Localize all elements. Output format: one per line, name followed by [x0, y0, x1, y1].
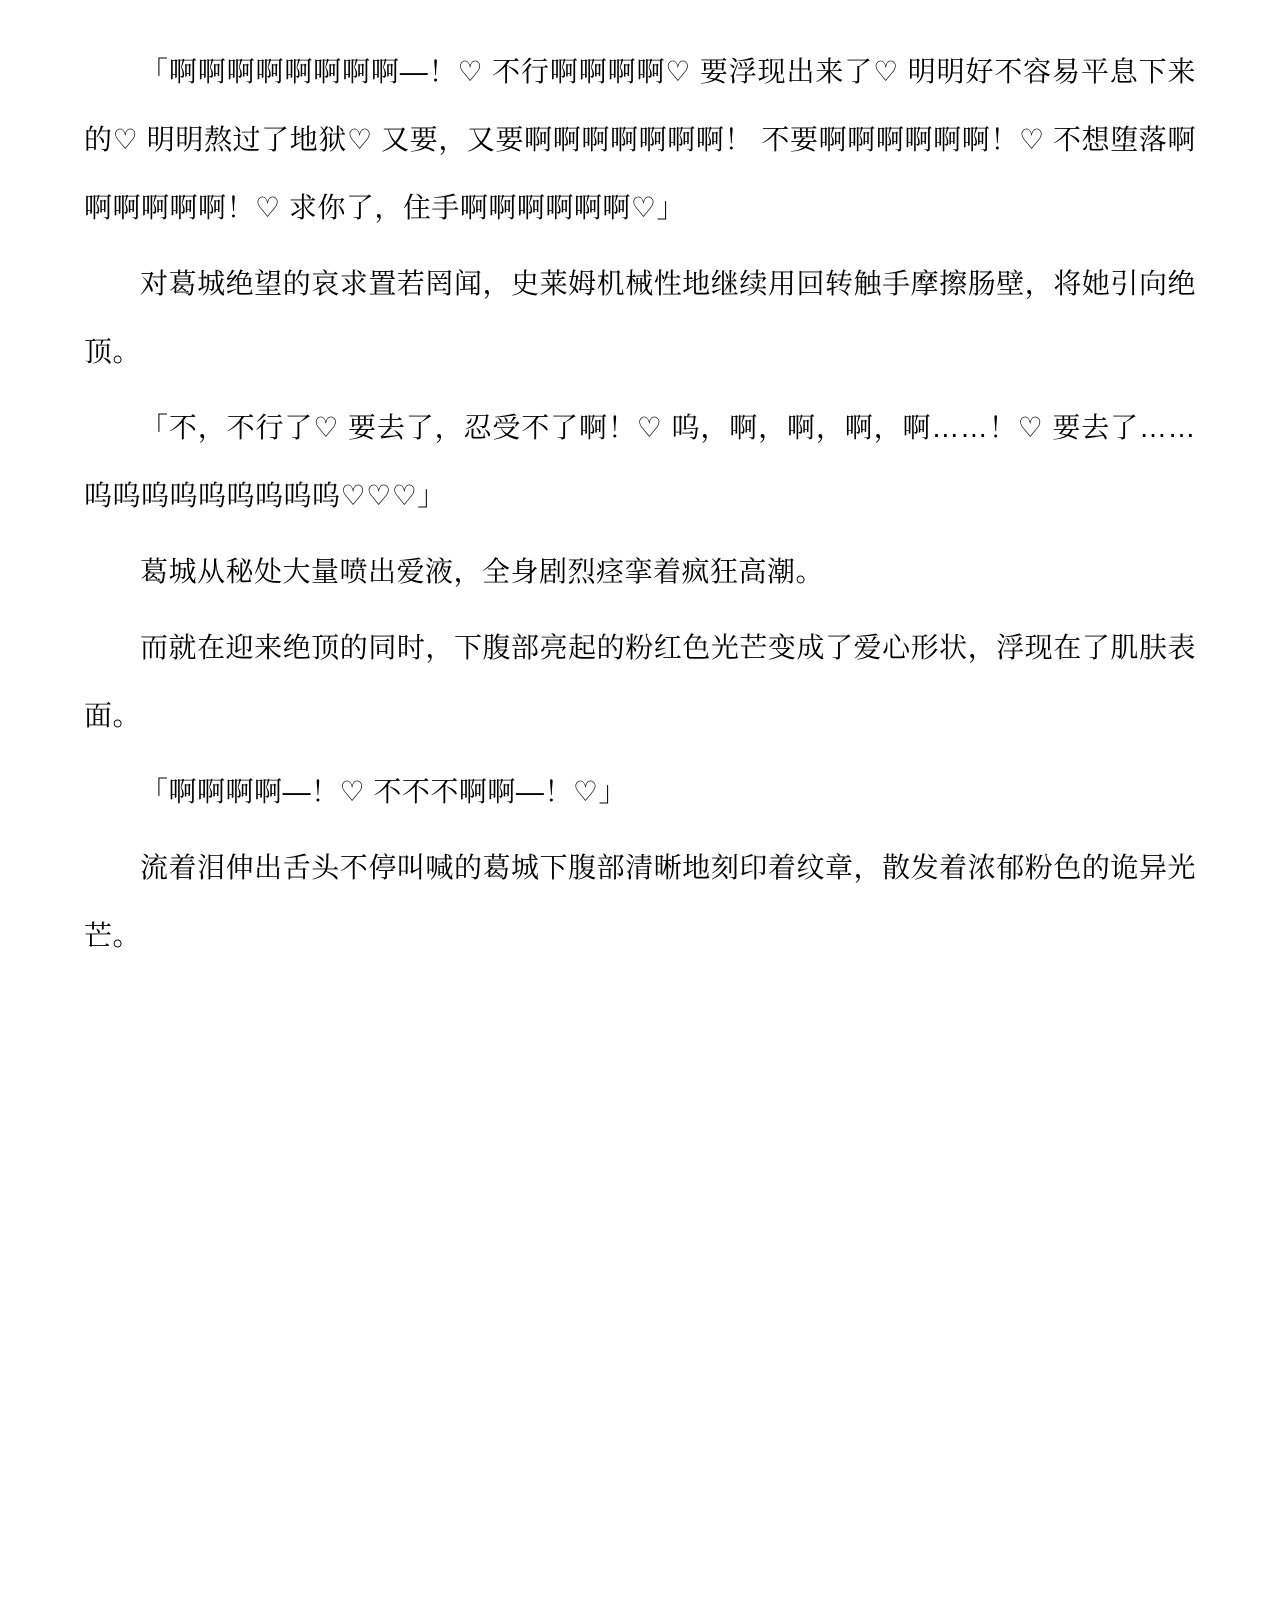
paragraph-narration-3: 而就在迎来绝顶的同时，下腹部亮起的粉红色光芒变成了爱心形状，浮现在了肌肤表面。 — [84, 614, 1196, 750]
paragraph-narration-4: 流着泪伸出舌头不停叫喊的葛城下腹部清晰地刻印着纹章，散发着浓郁粉色的诡异光芒。 — [84, 834, 1196, 970]
paragraph-narration-1: 对葛城绝望的哀求置若罔闻，史莱姆机械性地继续用回转触手摩擦肠壁，将她引向绝顶。 — [84, 250, 1196, 386]
document-page: 「啊啊啊啊啊啊啊啊—！♡ 不行啊啊啊啊♡ 要浮现出来了♡ 明明好不容易平息下来的… — [0, 0, 1280, 1624]
paragraph-dialogue-1: 「啊啊啊啊啊啊啊啊—！♡ 不行啊啊啊啊♡ 要浮现出来了♡ 明明好不容易平息下来的… — [84, 38, 1196, 242]
document-body: 「啊啊啊啊啊啊啊啊—！♡ 不行啊啊啊啊♡ 要浮现出来了♡ 明明好不容易平息下来的… — [84, 38, 1196, 970]
paragraph-narration-2: 葛城从秘处大量喷出爱液，全身剧烈痉挛着疯狂高潮。 — [84, 538, 1196, 606]
paragraph-dialogue-3: 「啊啊啊啊—！♡ 不不不啊啊—！♡」 — [84, 758, 1196, 826]
paragraph-dialogue-2: 「不，不行了♡ 要去了，忍受不了啊！♡ 呜，啊，啊，啊，啊……！♡ 要去了……呜… — [84, 394, 1196, 530]
